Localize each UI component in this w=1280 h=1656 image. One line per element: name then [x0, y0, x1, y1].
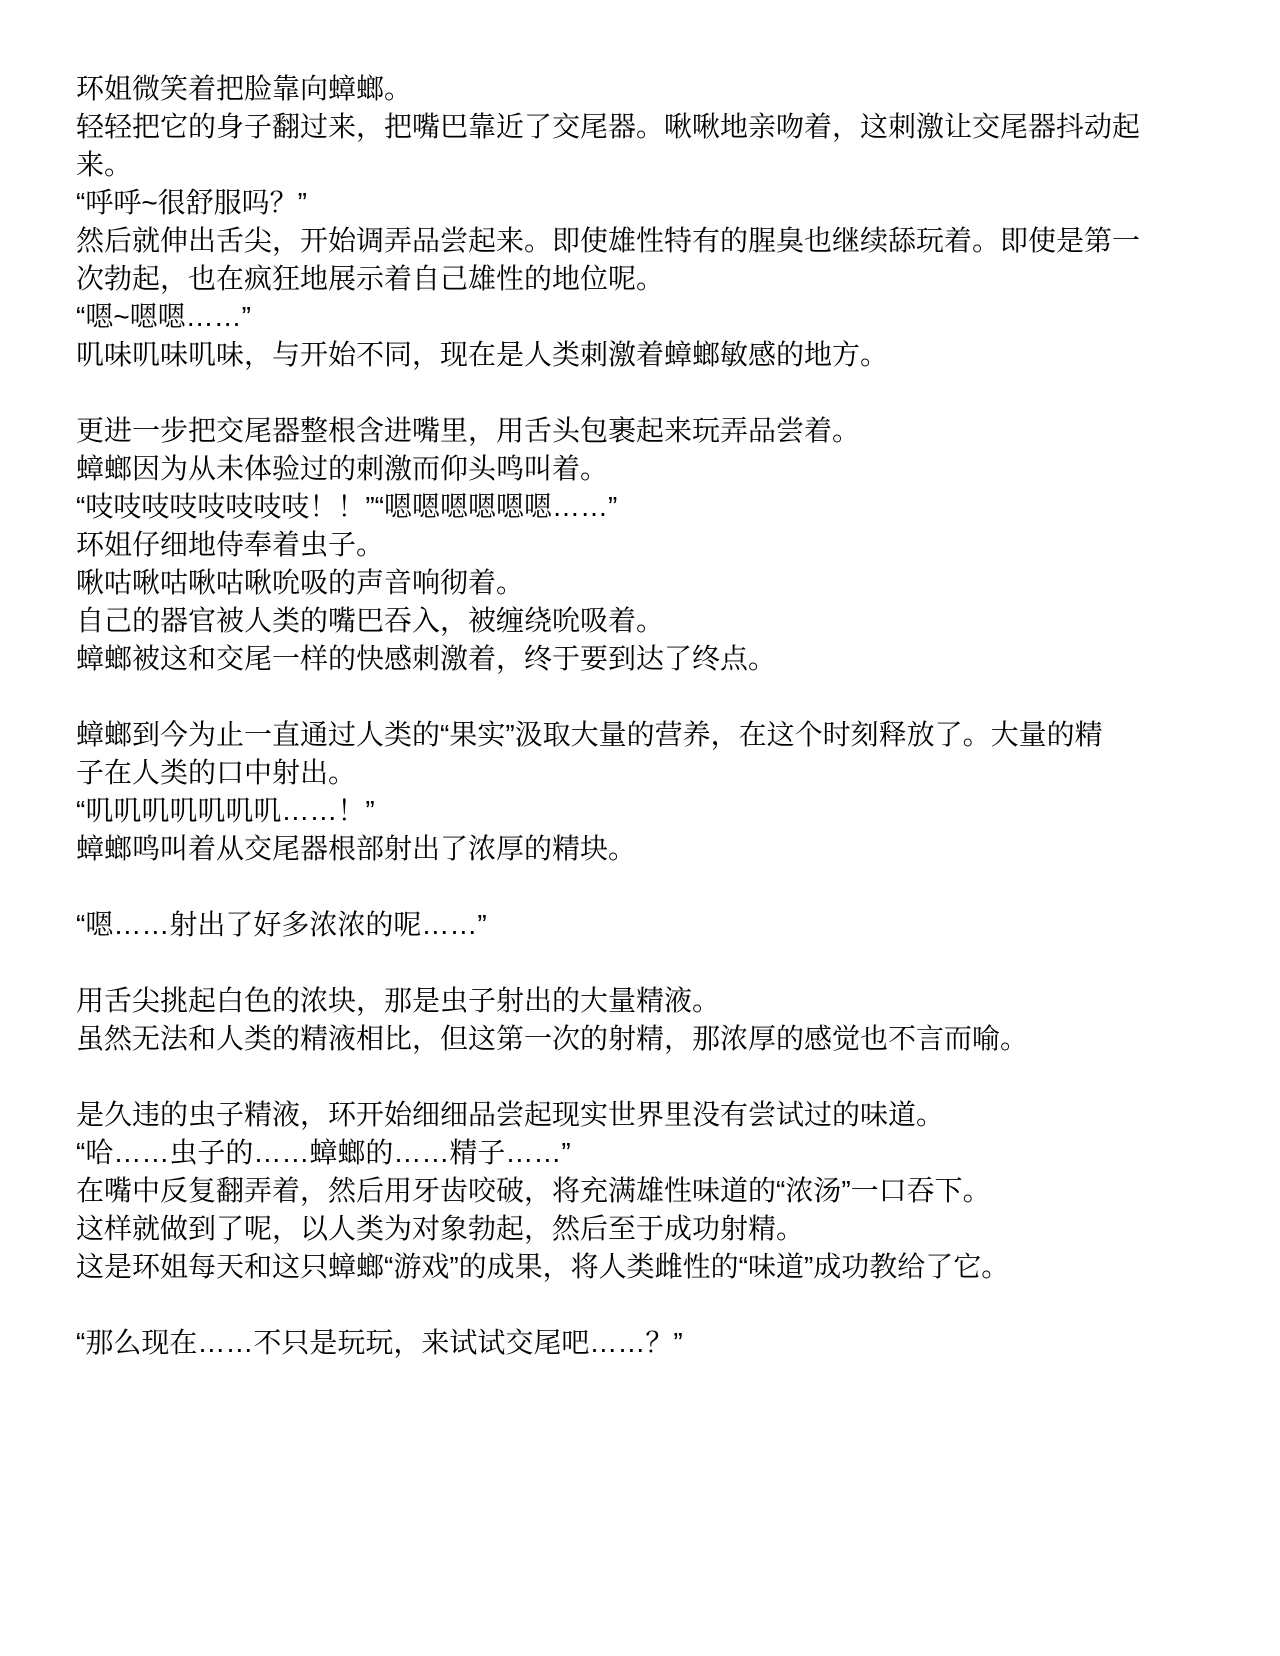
text-line: 环姐微笑着把脸靠向蟑螂。	[76, 70, 1220, 108]
text-line: 次勃起，也在疯狂地展示着自己雄性的地位呢。	[76, 260, 1220, 298]
text-line: 蟑螂到今为止一直通过人类的“果实”汲取大量的营养，在这个时刻释放了。大量的精	[76, 716, 1220, 754]
text-line: 这样就做到了呢，以人类为对象勃起，然后至于成功射精。	[76, 1210, 1220, 1248]
text-line: 在嘴中反复翻弄着，然后用牙齿咬破，将充满雄性味道的“浓汤”一口吞下。	[76, 1172, 1220, 1210]
blank-line	[76, 868, 1220, 906]
text-line: “吱吱吱吱吱吱吱吱！！”“嗯嗯嗯嗯嗯嗯……”	[76, 488, 1220, 526]
text-line: 环姐仔细地侍奉着虫子。	[76, 526, 1220, 564]
text-line: “嗯……射出了好多浓浓的呢……”	[76, 906, 1220, 944]
blank-line	[76, 1286, 1220, 1324]
text-line: 然后就伸出舌尖，开始调弄品尝起来。即使雄性特有的腥臭也继续舔玩着。即使是第一	[76, 222, 1220, 260]
text-line: 虽然无法和人类的精液相比，但这第一次的射精，那浓厚的感觉也不言而喻。	[76, 1020, 1220, 1058]
text-page: 环姐微笑着把脸靠向蟑螂。 轻轻把它的身子翻过来，把嘴巴靠近了交尾器。啾啾地亲吻着…	[0, 0, 1280, 1656]
text-line: 蟑螂因为从未体验过的刺激而仰头鸣叫着。	[76, 450, 1220, 488]
text-line: “叽叽叽叽叽叽叽……！”	[76, 792, 1220, 830]
text-line: 啾咕啾咕啾咕啾吮吸的声音响彻着。	[76, 564, 1220, 602]
text-line: 这是环姐每天和这只蟑螂“游戏”的成果，将人类雌性的“味道”成功教给了它。	[76, 1248, 1220, 1286]
text-line: “哈……虫子的……蟑螂的……精子……”	[76, 1134, 1220, 1172]
text-line: “那么现在……不只是玩玩，来试试交尾吧……？”	[76, 1324, 1220, 1362]
blank-line	[76, 1058, 1220, 1096]
text-line: 是久违的虫子精液，环开始细细品尝起现实世界里没有尝试过的味道。	[76, 1096, 1220, 1134]
blank-line	[76, 944, 1220, 982]
text-line: 蟑螂被这和交尾一样的快感刺激着，终于要到达了终点。	[76, 640, 1220, 678]
text-line: 自己的器官被人类的嘴巴吞入，被缠绕吮吸着。	[76, 602, 1220, 640]
text-line: 蟑螂鸣叫着从交尾器根部射出了浓厚的精块。	[76, 830, 1220, 868]
text-line: 用舌尖挑起白色的浓块，那是虫子射出的大量精液。	[76, 982, 1220, 1020]
text-line: 来。	[76, 146, 1220, 184]
blank-line	[76, 678, 1220, 716]
text-line: 子在人类的口中射出。	[76, 754, 1220, 792]
text-line: 轻轻把它的身子翻过来，把嘴巴靠近了交尾器。啾啾地亲吻着，这刺激让交尾器抖动起	[76, 108, 1220, 146]
text-line: 叽味叽味叽味，与开始不同，现在是人类刺激着蟑螂敏感的地方。	[76, 336, 1220, 374]
text-line: “嗯~嗯嗯……”	[76, 298, 1220, 336]
text-line: 更进一步把交尾器整根含进嘴里，用舌头包裹起来玩弄品尝着。	[76, 412, 1220, 450]
text-line: “呼呼~很舒服吗？”	[76, 184, 1220, 222]
blank-line	[76, 374, 1220, 412]
